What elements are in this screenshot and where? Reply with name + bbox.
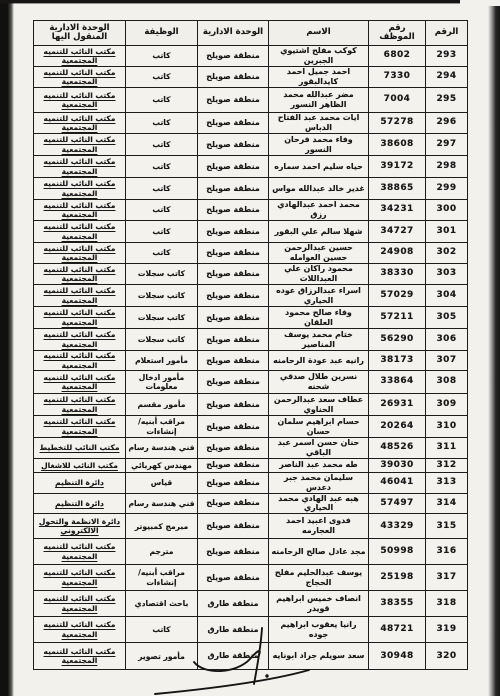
cell-row-number: 312 (426, 458, 468, 472)
table-row: 31346041سليمان محمد جبر دعدسمنطقة صويلحق… (34, 472, 468, 493)
cell-job-title: كاتب (126, 46, 198, 67)
table-row: 30134727شهلا سالم علي البقورمنطقة صويلحك… (34, 221, 468, 243)
cell-row-number: 306 (426, 329, 468, 351)
cell-row-number: 296 (426, 113, 468, 134)
table-row: 31148526حنان حسن اسمر عبد الباقيمنطقة صو… (34, 438, 468, 459)
cell-transfer-unit: مكتب النائب للتنميه المجتمعية (34, 617, 126, 643)
table-row: 31239030طه محمد عبد الناصرمنطقة صويلحمهن… (34, 458, 468, 472)
cell-job-title: كاتب (126, 178, 198, 200)
cell-admin-unit: منطقة صويلح (198, 243, 269, 264)
cell-employee-number: 57278 (369, 113, 426, 134)
cell-row-number: 302 (426, 243, 468, 264)
cell-name: حنان حسن اسمر عبد الباقي (269, 438, 369, 459)
table-row: 31020264حسام ابراهيم سلمان حسانمنطقة صوي… (34, 416, 468, 438)
cell-job-title: كاتب سجلات (126, 307, 198, 329)
cell-transfer-unit: مكتب النائب للتنميه المجتمعية (34, 264, 126, 285)
table-row: 30738173رانيه عبد عودة الرحامنهمنطقة صوي… (34, 351, 468, 371)
cell-admin-unit: منطقة صويلح (198, 458, 269, 472)
cell-admin-unit: منطقة صويلح (198, 46, 269, 67)
cell-name: ختام محمد يوسف المناصير (269, 329, 369, 351)
cell-row-number: 303 (426, 264, 468, 285)
cell-employee-number: 25198 (369, 565, 426, 591)
cell-transfer-unit: مكتب النائب للتخطيط (34, 438, 126, 459)
cell-transfer-unit: مكتب النائب للتنميه المجتمعية (34, 307, 126, 329)
cell-transfer-unit: مكتب النائب للتنميه المجتمعية (34, 156, 126, 178)
cell-admin-unit: منطقة صويلح (198, 472, 269, 493)
cell-transfer-unit: مكتب النائب للتنميه المجتمعية (34, 643, 126, 670)
cell-employee-number: 39172 (369, 156, 426, 178)
cell-employee-number: 33864 (369, 371, 426, 394)
cell-employee-number: 34231 (369, 200, 426, 221)
table-row: 29938865غدير خالد عبدالله مواسمنطقة صويل… (34, 178, 468, 200)
cell-employee-number: 30948 (369, 643, 426, 670)
cell-employee-number: 48526 (369, 438, 426, 459)
cell-name: حسام ابراهيم سلمان حسان (269, 416, 369, 438)
cell-employee-number: 38608 (369, 134, 426, 156)
cell-admin-unit: منطقة صويلح (198, 394, 269, 416)
cell-admin-unit: منطقة صويلح (198, 307, 269, 329)
cell-admin-unit: منطقة صويلح (198, 134, 269, 156)
table-row: 30338330محمود راكان علي العبداللاتمنطقة … (34, 264, 468, 285)
cell-name: سليمان محمد جبر دعدس (269, 472, 369, 493)
cell-admin-unit: منطقة طارق (198, 591, 269, 617)
cell-name: حياه سليم احمد سماره (269, 156, 369, 178)
scan-edge-top (0, 0, 460, 4)
cell-employee-number: 48721 (369, 617, 426, 643)
cell-job-title: كاتب (126, 134, 198, 156)
cell-name: نسرين طلال صدقي شحنه (269, 371, 369, 394)
signature-scribble (152, 620, 357, 696)
cell-transfer-unit: مكتب النائب للتنميه المجتمعية (34, 416, 126, 438)
cell-transfer-unit: مكتب النائب للتنميه المجتمعية (34, 88, 126, 113)
cell-row-number: 320 (426, 643, 468, 670)
table-row: 30457029اسراء عبدالرزاق عوده الحياريمنطق… (34, 285, 468, 307)
cell-employee-number: 20264 (369, 416, 426, 438)
column-header-no: الرقم (426, 21, 468, 46)
cell-name: مضر عبدالله محمد الظاهر النسور (269, 88, 369, 113)
cell-transfer-unit: مكتب النائب للتنميه المجتمعية (34, 329, 126, 351)
cell-employee-number: 57211 (369, 307, 426, 329)
cell-row-number: 307 (426, 351, 468, 371)
cell-transfer-unit: مكتب النائب للتنميه المجتمعية (34, 565, 126, 591)
cell-job-title: مبرمج كمبيوتر (126, 514, 198, 539)
table-row: 30034231محمد احمد عبدالهادي رزقمنطقة صوي… (34, 200, 468, 221)
cell-admin-unit: منطقة صويلح (198, 351, 269, 371)
column-header-name: الاسم (269, 21, 369, 46)
cell-job-title: مأمور استعلام (126, 351, 198, 371)
cell-employee-number: 26931 (369, 394, 426, 416)
table-row: 2957004مضر عبدالله محمد الظاهر النسورمنط… (34, 88, 468, 113)
cell-transfer-unit: مكتب النائب للتنميه المجتمعية (34, 46, 126, 67)
cell-transfer-unit: دائرة التنظيم (34, 493, 126, 514)
cell-row-number: 318 (426, 591, 468, 617)
cell-job-title: مراقب أبنيه/إنشاءات (126, 565, 198, 591)
column-header-job: الوظيفة (126, 21, 198, 46)
table-row: 30926931عطاف سعد عبدالرحمن الحناويمنطقة … (34, 394, 468, 416)
cell-transfer-unit: مكتب النائب للتنميه المجتمعية (34, 394, 126, 416)
cell-job-title: كاتب (126, 200, 198, 221)
column-header-moved_to: الوحدة الادارية المنقول اليها (34, 21, 126, 46)
cell-employee-number: 56290 (369, 329, 426, 351)
cell-name: شهلا سالم علي البقور (269, 221, 369, 243)
cell-name: هبه عبد الهادي محمد الحياري (269, 493, 369, 514)
table-row: 2947330احمد جميل احمد كايدالبقورمنطقة صو… (34, 67, 468, 88)
cell-row-number: 311 (426, 438, 468, 459)
cell-job-title: كاتب (126, 156, 198, 178)
cell-job-title: كاتب (126, 67, 198, 88)
cell-admin-unit: منطقة صويلح (198, 285, 269, 307)
cell-row-number: 317 (426, 565, 468, 591)
table-row: 31838355انصاف خميس ابراهيم قويدرمنطقة طا… (34, 591, 468, 617)
table-row: 2936802كوكب مفلح اشتيوي الجبرينمنطقة صوي… (34, 46, 468, 67)
cell-job-title: باحث اقتصادي (126, 591, 198, 617)
cell-employee-number: 57029 (369, 285, 426, 307)
cell-transfer-unit: مكتب النائب للتنميه المجتمعية (34, 285, 126, 307)
cell-admin-unit: منطقة صويلح (198, 113, 269, 134)
cell-job-title: كاتب (126, 221, 198, 243)
table-row: 31725198يوسف عبدالحليم مفلح الحجاجمنطقة … (34, 565, 468, 591)
table-row: 30833864نسرين طلال صدقي شحنهمنطقة صويلحم… (34, 371, 468, 394)
cell-employee-number: 24908 (369, 243, 426, 264)
cell-name: طه محمد عبد الناصر (269, 458, 369, 472)
table-row: 31457497هبه عبد الهادي محمد الحياريمنطقة… (34, 493, 468, 514)
cell-admin-unit: منطقة صويلح (198, 156, 269, 178)
cell-employee-number: 7004 (369, 88, 426, 113)
cell-employee-number: 34727 (369, 221, 426, 243)
cell-admin-unit: منطقة صويلح (198, 67, 269, 88)
cell-name: فدوى اعبيد احمد العجارمه (269, 514, 369, 539)
column-header-unit: الوحدة الادارية (198, 21, 269, 46)
employee-table-body: 2936802كوكب مفلح اشتيوي الجبرينمنطقة صوي… (34, 46, 468, 670)
table-header-row: الرقمرقم الموظفالاسمالوحدة الاداريةالوظي… (34, 21, 468, 46)
cell-name: عطاف سعد عبدالرحمن الحناوي (269, 394, 369, 416)
cell-job-title: كاتب سجلات (126, 264, 198, 285)
cell-row-number: 297 (426, 134, 468, 156)
cell-job-title: مأمور ادخال معلومات (126, 371, 198, 394)
cell-row-number: 304 (426, 285, 468, 307)
cell-name: مجد عادل صالح الرحامنه (269, 539, 369, 565)
cell-name: محمد احمد عبدالهادي رزق (269, 200, 369, 221)
cell-row-number: 310 (426, 416, 468, 438)
column-header-emp: رقم الموظف (369, 21, 426, 46)
cell-transfer-unit: مكتب النائب للتنميه المجتمعية (34, 134, 126, 156)
cell-row-number: 305 (426, 307, 468, 329)
cell-row-number: 293 (426, 46, 468, 67)
cell-admin-unit: منطقة صويلح (198, 416, 269, 438)
cell-name: حسين عبدالرحمن حسين العوامله (269, 243, 369, 264)
cell-job-title: فني هندسة رسام (126, 438, 198, 459)
cell-job-title: كاتب (126, 88, 198, 113)
cell-job-title: مراقب أبنيه/إنشاءات (126, 416, 198, 438)
cell-admin-unit: منطقة صويلح (198, 438, 269, 459)
cell-transfer-unit: مكتب النائب للاشغال (34, 458, 126, 472)
cell-name: يوسف عبدالحليم مفلح الحجاج (269, 565, 369, 591)
table-row: 31650998مجد عادل صالح الرحامنهمنطقة صويل… (34, 539, 468, 565)
cell-name: احمد جميل احمد كايدالبقور (269, 67, 369, 88)
cell-admin-unit: منطقة صويلح (198, 371, 269, 394)
cell-admin-unit: منطقة صويلح (198, 539, 269, 565)
cell-row-number: 316 (426, 539, 468, 565)
cell-row-number: 309 (426, 394, 468, 416)
cell-row-number: 295 (426, 88, 468, 113)
cell-transfer-unit: مكتب النائب للتنميه المجتمعية (34, 243, 126, 264)
cell-job-title: مترجم (126, 539, 198, 565)
cell-transfer-unit: مكتب النائب للتنميه المجتمعية (34, 539, 126, 565)
cell-job-title: كاتب (126, 113, 198, 134)
cell-job-title: كاتب سجلات (126, 285, 198, 307)
cell-job-title: فني هندسة رسام (126, 493, 198, 514)
cell-employee-number: 57497 (369, 493, 426, 514)
cell-admin-unit: منطقة صويلح (198, 88, 269, 113)
cell-admin-unit: منطقة صويلح (198, 565, 269, 591)
cell-row-number: 313 (426, 472, 468, 493)
cell-name: اسراء عبدالرزاق عوده الحياري (269, 285, 369, 307)
cell-job-title: قياس (126, 472, 198, 493)
cell-admin-unit: منطقة صويلح (198, 264, 269, 285)
cell-row-number: 314 (426, 493, 468, 514)
cell-row-number: 300 (426, 200, 468, 221)
cell-employee-number: 7330 (369, 67, 426, 88)
cell-row-number: 298 (426, 156, 468, 178)
table-row: 30656290ختام محمد يوسف المناصيرمنطقة صوي… (34, 329, 468, 351)
cell-row-number: 308 (426, 371, 468, 394)
cell-employee-number: 39030 (369, 458, 426, 472)
cell-employee-number: 46041 (369, 472, 426, 493)
cell-row-number: 301 (426, 221, 468, 243)
cell-name: انصاف خميس ابراهيم قويدر (269, 591, 369, 617)
cell-row-number: 319 (426, 617, 468, 643)
cell-employee-number: 6802 (369, 46, 426, 67)
cell-employee-number: 43329 (369, 514, 426, 539)
cell-row-number: 294 (426, 67, 468, 88)
cell-admin-unit: منطقة صويلح (198, 200, 269, 221)
cell-transfer-unit: مكتب النائب للتنميه المجتمعية (34, 200, 126, 221)
table-row: 30224908حسين عبدالرحمن حسين العواملهمنطق… (34, 243, 468, 264)
cell-transfer-unit: دائرة الانظمة والتحول الالكتروني (34, 514, 126, 539)
cell-employee-number: 38355 (369, 591, 426, 617)
scan-edge-left (0, 0, 14, 696)
cell-job-title: مهندس كهربائي (126, 458, 198, 472)
employee-transfer-table: الرقمرقم الموظفالاسمالوحدة الاداريةالوظي… (33, 20, 468, 670)
table-row: 30557211وفاء صالح محمود العلقانمنطقة صوي… (34, 307, 468, 329)
cell-name: ايات محمد عبد الفتاح الدباس (269, 113, 369, 134)
cell-employee-number: 50998 (369, 539, 426, 565)
cell-row-number: 299 (426, 178, 468, 200)
cell-admin-unit: منطقة صويلح (198, 329, 269, 351)
cell-employee-number: 38173 (369, 351, 426, 371)
cell-admin-unit: منطقة صويلح (198, 178, 269, 200)
cell-job-title: مأمور مقسم (126, 394, 198, 416)
cell-admin-unit: منطقة صويلح (198, 493, 269, 514)
cell-job-title: كاتب سجلات (126, 329, 198, 351)
cell-transfer-unit: مكتب النائب للتنميه المجتمعية (34, 221, 126, 243)
table-row: 29839172حياه سليم احمد سمارهمنطقة صويلحك… (34, 156, 468, 178)
cell-transfer-unit: مكتب النائب للتنميه المجتمعية (34, 67, 126, 88)
table-row: 29657278ايات محمد عبد الفتاح الدباسمنطقة… (34, 113, 468, 134)
cell-job-title: كاتب (126, 243, 198, 264)
cell-name: كوكب مفلح اشتيوي الجبرين (269, 46, 369, 67)
cell-name: محمود راكان علي العبداللات (269, 264, 369, 285)
cell-admin-unit: منطقة صويلح (198, 514, 269, 539)
cell-row-number: 315 (426, 514, 468, 539)
cell-name: رانيه عبد عودة الرحامنه (269, 351, 369, 371)
scan-edge-right (488, 6, 500, 696)
cell-admin-unit: منطقة صويلح (198, 221, 269, 243)
cell-transfer-unit: مكتب النائب للتنميه المجتمعية (34, 371, 126, 394)
cell-transfer-unit: مكتب النائب للتنميه المجتمعية (34, 591, 126, 617)
cell-employee-number: 38865 (369, 178, 426, 200)
cell-name: وفاء صالح محمود العلقان (269, 307, 369, 329)
table-row: 31543329فدوى اعبيد احمد العجارمهمنطقة صو… (34, 514, 468, 539)
cell-transfer-unit: دائرة التنظيم (34, 472, 126, 493)
cell-name: غدير خالد عبدالله مواس (269, 178, 369, 200)
table-row: 29738608وفاء محمد فرحان النسورمنطقة صويل… (34, 134, 468, 156)
cell-transfer-unit: مكتب النائب للتنميه المجتمعية (34, 351, 126, 371)
cell-name: وفاء محمد فرحان النسور (269, 134, 369, 156)
cell-transfer-unit: مكتب النائب للتنميه المجتمعية (34, 113, 126, 134)
cell-employee-number: 38330 (369, 264, 426, 285)
scanned-page: الرقمرقم الموظفالاسمالوحدة الاداريةالوظي… (0, 0, 500, 696)
cell-transfer-unit: مكتب النائب للتنميه المجتمعية (34, 178, 126, 200)
